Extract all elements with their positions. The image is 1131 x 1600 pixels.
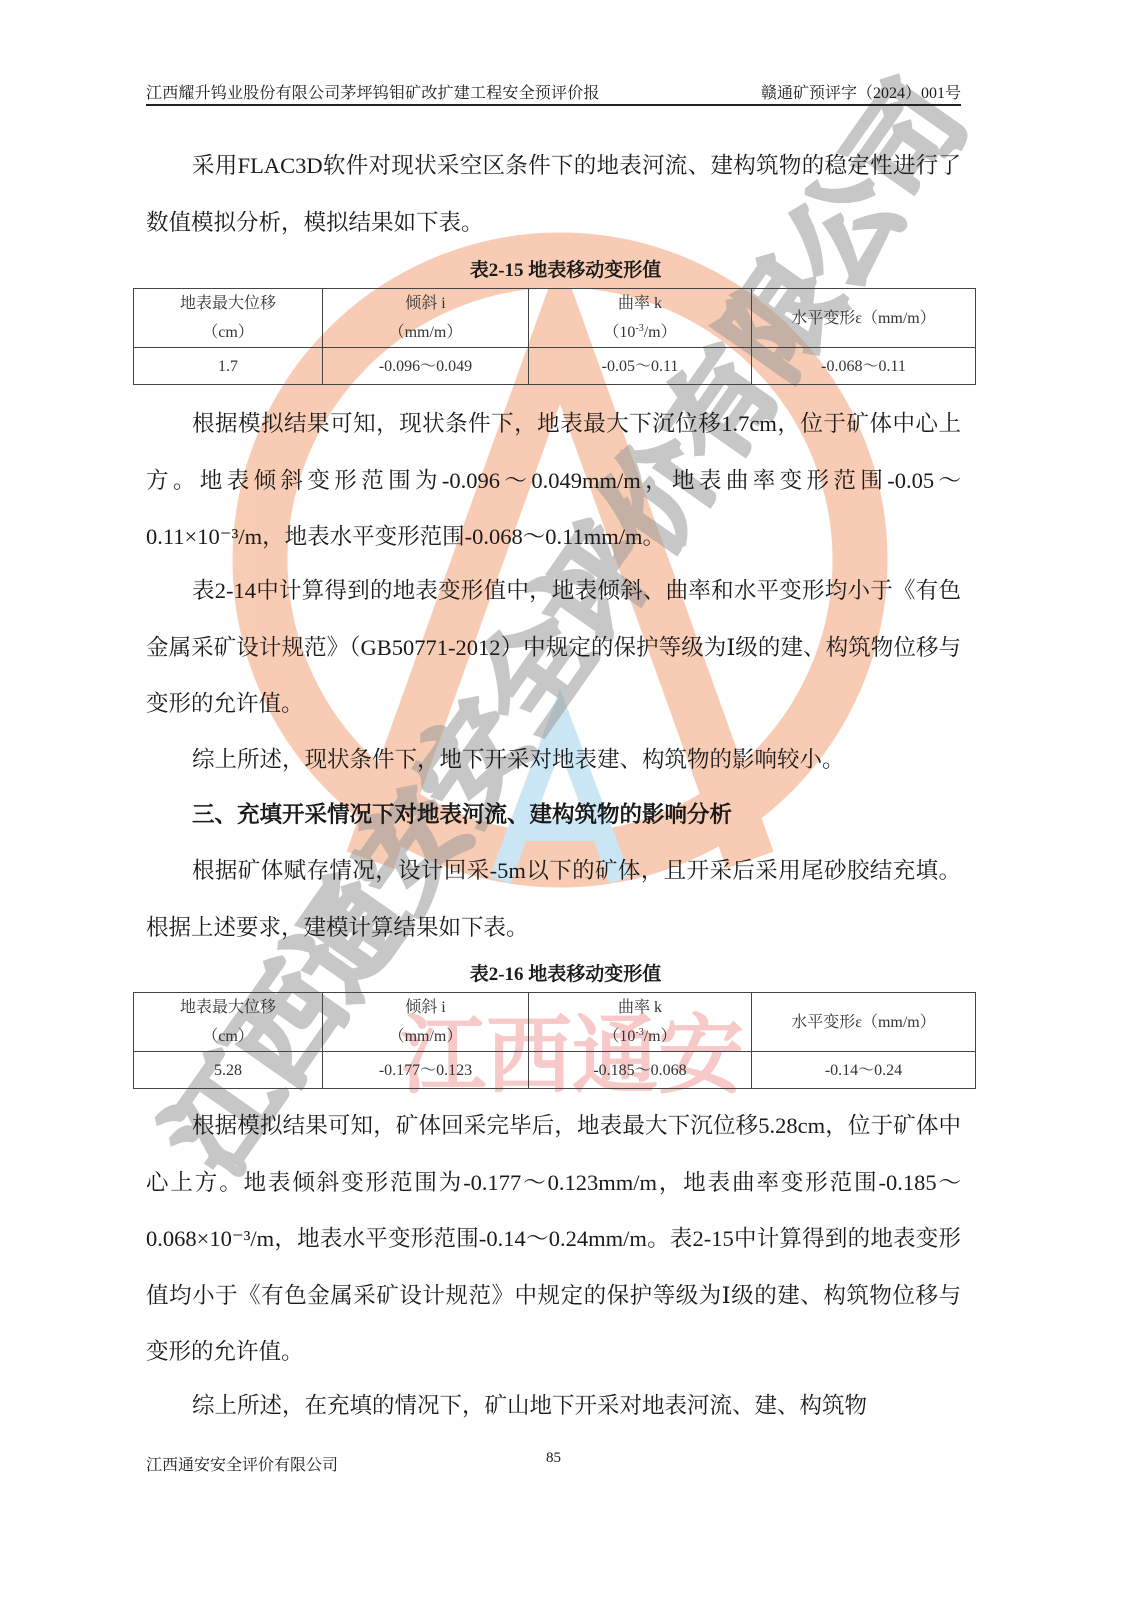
paragraph-current-results: 根据模拟结果可知，现状条件下，地表最大下沉位移1.7cm，位于矿体中心上方。地表…: [146, 396, 961, 566]
table2-header-curvature: 曲率 k （10-3/m）: [529, 993, 752, 1052]
table1-cell-tilt: -0.096～0.049: [323, 348, 529, 385]
table1-cell-curvature: -0.05～0.11: [529, 348, 752, 385]
paragraph-filling-results: 根据模拟结果可知，矿体回采完毕后，地表最大下沉位移5.28cm，位于矿体中心上方…: [146, 1098, 961, 1381]
paragraph-comparison: 表2-14中计算得到的地表变形值中，地表倾斜、曲率和水平变形均小于《有色金属采矿…: [146, 563, 961, 733]
table1-header-tilt: 倾斜 i（mm/m）: [323, 289, 529, 348]
paragraph-intro: 采用FLAC3D软件对现状采空区条件下的地表河流、建构筑物的稳定性进行了数值模拟…: [146, 138, 961, 251]
table2-header-max-displacement: 地表最大位移（cm）: [134, 993, 323, 1052]
table2-header-horizontal-strain: 水平变形ε（mm/m）: [752, 993, 976, 1052]
table2-caption: 表2-16 地表移动变形值: [0, 962, 1131, 988]
table1-cell-max-displacement: 1.7: [134, 348, 323, 385]
footer-company: 江西通安安全评价有限公司: [146, 1452, 338, 1475]
table1-surface-deformation: 地表最大位移（cm） 倾斜 i（mm/m） 曲率 k （10-3/m） 水平变形…: [133, 288, 976, 385]
page-number: 85: [546, 1450, 561, 1467]
table1-header-horizontal-strain: 水平变形ε（mm/m）: [752, 289, 976, 348]
table1-caption: 表2-15 地表移动变形值: [0, 258, 1131, 284]
header-report-title: 江西耀升钨业股份有限公司茅坪钨钼矿改扩建工程安全预评价报: [146, 80, 600, 103]
table2-surface-deformation: 地表最大位移（cm） 倾斜 i（mm/m） 曲率 k （10-3/m） 水平变形…: [133, 992, 976, 1089]
section-heading: 三、充填开采情况下对地表河流、建构筑物的影响分析: [192, 800, 732, 830]
table2-header-tilt: 倾斜 i（mm/m）: [323, 993, 529, 1052]
table2-cell-horizontal-strain: -0.14～0.24: [752, 1052, 976, 1089]
table1-header-max-displacement: 地表最大位移（cm）: [134, 289, 323, 348]
document-page: 江西通安 江西通安安全评价有限公司 江西耀升钨业股份有限公司茅坪钨钼矿改扩建工程…: [0, 0, 1131, 1600]
table2-header-row: 地表最大位移（cm） 倾斜 i（mm/m） 曲率 k （10-3/m） 水平变形…: [134, 993, 976, 1052]
page-header: 江西耀升钨业股份有限公司茅坪钨钼矿改扩建工程安全预评价报 赣通矿预评字（2024…: [146, 80, 961, 104]
table2-cell-curvature: -0.185～0.068: [529, 1052, 752, 1089]
table2-cell-max-displacement: 5.28: [134, 1052, 323, 1089]
table-row: 1.7 -0.096～0.049 -0.05～0.11 -0.068～0.11: [134, 348, 976, 385]
paragraph-filling-method: 根据矿体赋存情况，设计回采-5m以下的矿体，且开采后采用尾砂胶结充填。根据上述要…: [146, 843, 961, 956]
paragraph-summary-filling: 综上所述，在充填的情况下，矿山地下开采对地表河流、建、构筑物: [146, 1378, 961, 1435]
table2-cell-tilt: -0.177～0.123: [323, 1052, 529, 1089]
table-row: 5.28 -0.177～0.123 -0.185～0.068 -0.14～0.2…: [134, 1052, 976, 1089]
table1-header-row: 地表最大位移（cm） 倾斜 i（mm/m） 曲率 k （10-3/m） 水平变形…: [134, 289, 976, 348]
table1-cell-horizontal-strain: -0.068～0.11: [752, 348, 976, 385]
paragraph-summary-current: 综上所述，现状条件下，地下开采对地表建、构筑物的影响较小。: [146, 732, 961, 789]
header-divider: [146, 104, 961, 106]
table1-header-curvature: 曲率 k （10-3/m）: [529, 289, 752, 348]
header-document-number: 赣通矿预评字（2024）001号: [761, 80, 961, 103]
